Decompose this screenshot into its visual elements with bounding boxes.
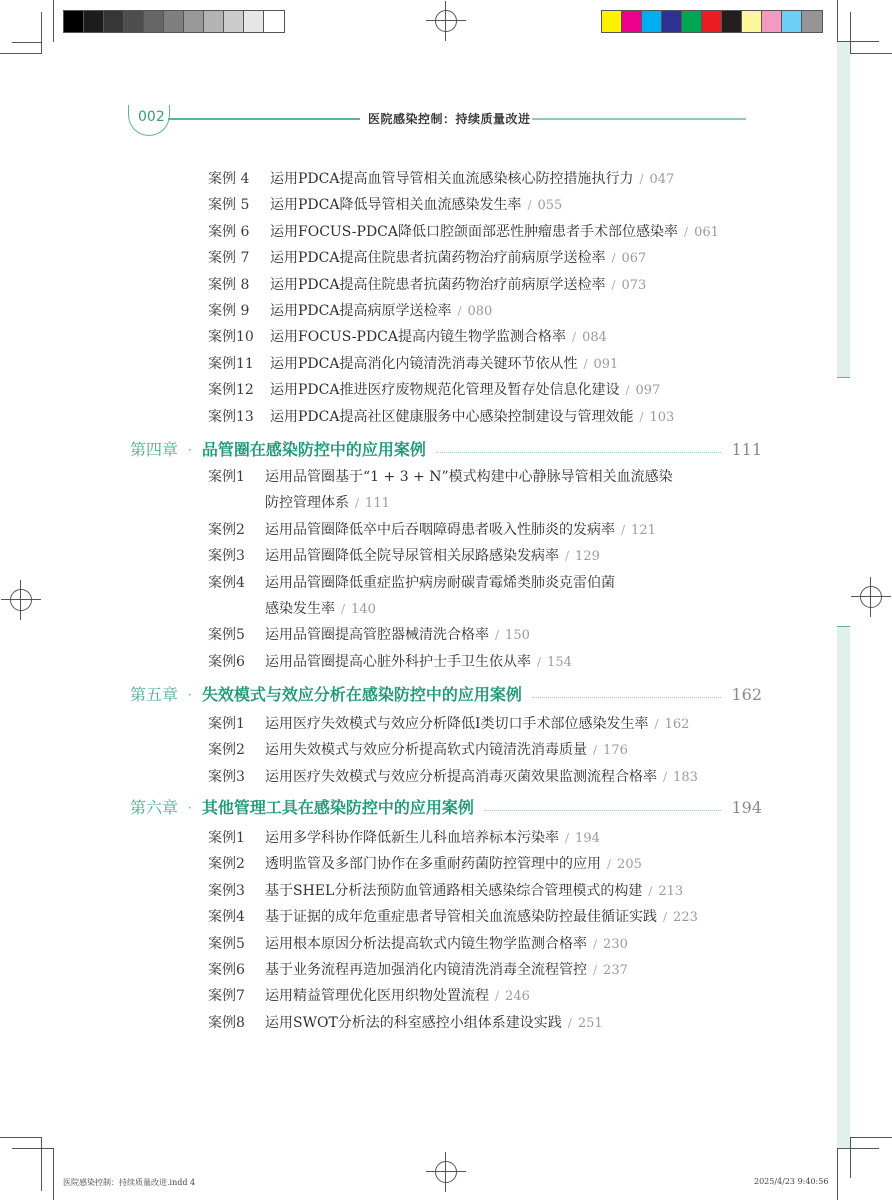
- case-title: 运用失效模式与效应分析提高软式内镜清洗消毒质量: [265, 737, 587, 763]
- case-label: 案例2: [208, 851, 265, 877]
- chapter-heading[interactable]: 第五章·失效模式与效应分析在感染防控中的应用案例162: [130, 682, 762, 708]
- case-page: 154: [547, 655, 572, 670]
- case-page: 091: [594, 357, 619, 372]
- chapter-bullet: ·: [188, 682, 192, 708]
- case-page: 150: [505, 628, 530, 643]
- chapter-number: 第四章: [130, 437, 178, 463]
- toc-entry[interactable]: 案例 5运用PDCA降低导管相关血流感染发生率/055: [208, 192, 562, 219]
- case-page: 121: [631, 523, 656, 538]
- case-page: 230: [603, 937, 628, 952]
- case-page: 080: [468, 304, 493, 319]
- toc-entry-continued[interactable]: 防控管理体系/111: [265, 490, 390, 517]
- color-swatch: [602, 11, 622, 32]
- case-title: 运用品管圈降低卒中后吞咽障碍患者吸入性肺炎的发病率: [265, 517, 615, 543]
- running-header-title: 医院感染控制：持续质量改进: [368, 110, 531, 127]
- toc-entry[interactable]: 案例2运用失效模式与效应分析提高软式内镜清洗消毒质量/176: [208, 737, 628, 764]
- side-tab-strip-upper: [837, 42, 850, 378]
- color-swatch: [244, 11, 264, 32]
- case-label: 案例2: [208, 737, 265, 763]
- slug-timestamp: 2025/4/23 9:40:56: [754, 1177, 828, 1186]
- case-title: 运用PDCA降低导管相关血流感染发生率: [270, 192, 521, 218]
- case-page: 176: [603, 743, 628, 758]
- case-title: 运用PDCA提高消化内镜清洗消毒关键环节依从性: [270, 351, 577, 377]
- page-number: 002: [138, 109, 165, 125]
- gray-calibration-bar: [63, 10, 285, 33]
- case-title-continued: 感染发生率: [265, 596, 335, 622]
- color-swatch: [722, 11, 742, 32]
- color-swatch: [84, 11, 104, 32]
- page-separator: /: [355, 496, 359, 510]
- case-title: 运用PDCA推进医疗废物规范化管理及暂存处信息化建设: [270, 377, 619, 403]
- side-tab-strip-lower: [837, 626, 850, 1148]
- case-title: 基于业务流程再造加强消化内镜清洗消毒全流程管控: [265, 957, 587, 983]
- case-label: 案例1: [208, 825, 265, 851]
- case-title: 运用FOCUS-PDCA提高内镜生物学监测合格率: [270, 324, 566, 350]
- color-swatch: [622, 11, 642, 32]
- chapter-page: 111: [731, 437, 762, 463]
- case-title: 运用PDCA提高社区健康服务中心感染控制建设与管理效能: [270, 404, 633, 430]
- header-rule-right: [532, 118, 746, 120]
- page-separator: /: [457, 304, 461, 318]
- dot-leader: [484, 810, 722, 811]
- color-calibration-bar: [601, 10, 823, 33]
- case-title: 透明监管及多部门协作在多重耐药菌防控管理中的应用: [265, 851, 601, 877]
- toc-entry[interactable]: 案例3基于SHEL分析法预防血管通路相关感染综合管理模式的构建/213: [208, 878, 683, 905]
- page-separator: /: [663, 770, 667, 784]
- page-separator: /: [648, 884, 652, 898]
- case-title: 运用根本原因分析法提高软式内镜生物学监测合格率: [265, 931, 587, 957]
- toc-entry[interactable]: 案例 4运用PDCA提高血管导管相关血流感染核心防控措施执行力/047: [208, 166, 674, 193]
- toc-entry[interactable]: 案例7运用精益管理优化医用织物处置流程/246: [208, 983, 530, 1010]
- toc-entry[interactable]: 案例 8运用PDCA提高住院患者抗菌药物治疗前病原学送检率/073: [208, 272, 646, 299]
- side-tab-cap-lower: [837, 626, 850, 627]
- case-label: 案例3: [208, 543, 265, 569]
- case-page: 097: [636, 383, 661, 398]
- color-swatch: [164, 11, 184, 32]
- page-separator: /: [639, 172, 643, 186]
- color-swatch: [682, 11, 702, 32]
- registration-mark-top: [426, 1, 466, 41]
- page-separator: /: [611, 251, 615, 265]
- case-title: 运用精益管理优化医用织物处置流程: [265, 983, 489, 1009]
- page-separator: /: [593, 743, 597, 757]
- color-swatch: [184, 11, 204, 32]
- toc-entry[interactable]: 案例8运用SWOT分析法的科室感控小组体系建设实践/251: [208, 1010, 603, 1037]
- toc-entry[interactable]: 案例4运用品管圈降低重症监护病房耐碳青霉烯类肺炎克雷伯菌: [208, 570, 615, 596]
- page-separator: /: [572, 330, 576, 344]
- case-page: 103: [650, 410, 675, 425]
- toc-entry[interactable]: 案例2运用品管圈降低卒中后吞咽障碍患者吸入性肺炎的发病率/121: [208, 517, 656, 544]
- case-label: 案例12: [208, 377, 270, 403]
- color-swatch: [124, 11, 144, 32]
- toc-entry[interactable]: 案例2透明监管及多部门协作在多重耐药菌防控管理中的应用/205: [208, 851, 642, 878]
- page-separator: /: [583, 357, 587, 371]
- chapter-number: 第五章: [130, 682, 178, 708]
- page-separator: /: [625, 383, 629, 397]
- case-label: 案例1: [208, 464, 265, 490]
- case-title: 基于SHEL分析法预防血管通路相关感染综合管理模式的构建: [265, 878, 642, 904]
- case-label: 案例 8: [208, 272, 270, 298]
- case-title: 运用PDCA提高血管导管相关血流感染核心防控措施执行力: [270, 166, 633, 192]
- page-separator: /: [684, 225, 688, 239]
- color-swatch: [742, 11, 762, 32]
- dot-leader: [532, 697, 722, 698]
- side-tab-cap-upper: [837, 377, 850, 378]
- case-title: 运用品管圈基于“1 + 3 + N”模式构建中心静脉导管相关血流感染: [265, 464, 673, 490]
- case-page: 067: [622, 251, 647, 266]
- case-page: 073: [622, 278, 647, 293]
- case-label: 案例 5: [208, 192, 270, 218]
- page-separator: /: [621, 523, 625, 537]
- color-swatch: [782, 11, 802, 32]
- case-page: 205: [617, 857, 642, 872]
- case-label: 案例 9: [208, 298, 270, 324]
- case-label: 案例5: [208, 931, 265, 957]
- page-separator: /: [663, 910, 667, 924]
- case-title: 运用品管圈降低全院导尿管相关尿路感染发病率: [265, 543, 559, 569]
- case-label: 案例3: [208, 764, 265, 790]
- page-separator: /: [527, 198, 531, 212]
- case-page: 111: [365, 496, 390, 511]
- color-swatch: [762, 11, 782, 32]
- color-swatch: [264, 11, 284, 32]
- dot-leader: [436, 452, 722, 453]
- case-label: 案例6: [208, 649, 265, 675]
- toc-entry[interactable]: 案例4基于证据的成年危重症患者导管相关血流感染防控最佳循证实践/223: [208, 904, 698, 931]
- chapter-title: 失效模式与效应分析在感染防控中的应用案例: [202, 682, 522, 708]
- case-title-continued: 防控管理体系: [265, 490, 349, 516]
- case-label: 案例1: [208, 711, 265, 737]
- chapter-bullet: ·: [188, 795, 192, 821]
- color-swatch: [802, 11, 822, 32]
- page-separator: /: [565, 549, 569, 563]
- case-title: 运用品管圈提高心脏外科护士手卫生依从率: [265, 649, 531, 675]
- chapter-number: 第六章: [130, 795, 178, 821]
- toc-entry[interactable]: 案例1运用多学科协作降低新生儿科血培养标本污染率/194: [208, 825, 600, 852]
- case-title: 运用多学科协作降低新生儿科血培养标本污染率: [265, 825, 559, 851]
- toc-entry[interactable]: 案例1运用医疗失效模式与效应分析降低Ⅰ类切口手术部位感染发生率/162: [208, 711, 689, 738]
- toc-entry[interactable]: 案例11运用PDCA提高消化内镜清洗消毒关键环节依从性/091: [208, 351, 618, 378]
- case-label: 案例 6: [208, 219, 270, 245]
- page-separator: /: [568, 1016, 572, 1030]
- case-page: 213: [658, 884, 683, 899]
- case-page: 183: [673, 770, 698, 785]
- case-page: 223: [673, 910, 698, 925]
- registration-mark-right: [851, 577, 891, 617]
- case-title: 运用品管圈提高管腔器械清洗合格率: [265, 622, 489, 648]
- page-separator: /: [495, 989, 499, 1003]
- case-label: 案例2: [208, 517, 265, 543]
- case-page: 061: [694, 225, 719, 240]
- case-page: 246: [505, 989, 530, 1004]
- page-separator: /: [611, 278, 615, 292]
- color-swatch: [224, 11, 244, 32]
- case-title: 运用SWOT分析法的科室感控小组体系建设实践: [265, 1010, 562, 1036]
- color-swatch: [144, 11, 164, 32]
- toc-entry[interactable]: 案例 9运用PDCA提高病原学送检率/080: [208, 298, 492, 325]
- toc-entry[interactable]: 案例6运用品管圈提高心脏外科护士手卫生依从率/154: [208, 649, 572, 676]
- case-page: 055: [538, 198, 563, 213]
- case-page: 162: [665, 717, 690, 732]
- case-label: 案例13: [208, 404, 270, 430]
- registration-mark-left: [1, 580, 41, 620]
- case-label: 案例4: [208, 904, 265, 930]
- chapter-page: 194: [731, 795, 762, 821]
- page-separator: /: [607, 857, 611, 871]
- registration-mark-bottom: [426, 1152, 466, 1192]
- case-page: 084: [582, 330, 607, 345]
- case-page: 251: [578, 1016, 603, 1031]
- page-separator: /: [495, 628, 499, 642]
- case-label: 案例11: [208, 351, 270, 377]
- case-page: 237: [603, 963, 628, 978]
- case-title: 运用医疗失效模式与效应分析提高消毒灭菌效果监测流程合格率: [265, 764, 657, 790]
- color-swatch: [642, 11, 662, 32]
- toc-entry[interactable]: 案例12运用PDCA推进医疗废物规范化管理及暂存处信息化建设/097: [208, 377, 660, 404]
- toc-entry[interactable]: 案例10运用FOCUS-PDCA提高内镜生物学监测合格率/084: [208, 324, 607, 351]
- case-title: 运用FOCUS-PDCA降低口腔颌面部恶性肿瘤患者手术部位感染率: [270, 219, 678, 245]
- case-title: 运用医疗失效模式与效应分析降低Ⅰ类切口手术部位感染发生率: [265, 711, 649, 737]
- page-separator: /: [341, 602, 345, 616]
- chapter-page: 162: [731, 682, 762, 708]
- color-swatch: [64, 11, 84, 32]
- chapter-title: 品管圈在感染防控中的应用案例: [202, 437, 426, 463]
- case-label: 案例7: [208, 983, 265, 1009]
- case-label: 案例4: [208, 570, 265, 596]
- color-swatch: [702, 11, 722, 32]
- case-label: 案例 4: [208, 166, 270, 192]
- page-separator: /: [537, 655, 541, 669]
- toc-entry[interactable]: 案例 7运用PDCA提高住院患者抗菌药物治疗前病原学送检率/067: [208, 245, 646, 272]
- page-separator: /: [639, 410, 643, 424]
- header-rule-left: [168, 118, 360, 120]
- case-title: 运用PDCA提高住院患者抗菌药物治疗前病原学送检率: [270, 245, 605, 271]
- color-swatch: [104, 11, 124, 32]
- case-title: 基于证据的成年危重症患者导管相关血流感染防控最佳循证实践: [265, 904, 657, 930]
- case-label: 案例 7: [208, 245, 270, 271]
- toc-entry[interactable]: 案例5运用根本原因分析法提高软式内镜生物学监测合格率/230: [208, 931, 628, 958]
- case-page: 194: [575, 831, 600, 846]
- case-label: 案例8: [208, 1010, 265, 1036]
- color-swatch: [204, 11, 224, 32]
- chapter-bullet: ·: [188, 437, 192, 463]
- chapter-heading[interactable]: 第四章·品管圈在感染防控中的应用案例111: [130, 437, 762, 463]
- page-separator: /: [565, 831, 569, 845]
- toc-entry[interactable]: 案例3运用医疗失效模式与效应分析提高消毒灭菌效果监测流程合格率/183: [208, 764, 698, 791]
- chapter-title: 其他管理工具在感染防控中的应用案例: [202, 795, 474, 821]
- case-title: 运用PDCA提高住院患者抗菌药物治疗前病原学送检率: [270, 272, 605, 298]
- chapter-heading[interactable]: 第六章·其他管理工具在感染防控中的应用案例194: [130, 795, 762, 821]
- page-separator: /: [593, 937, 597, 951]
- case-label: 案例5: [208, 622, 265, 648]
- page-separator: /: [593, 963, 597, 977]
- case-page: 047: [650, 172, 675, 187]
- toc-entry[interactable]: 案例 6运用FOCUS-PDCA降低口腔颌面部恶性肿瘤患者手术部位感染率/061: [208, 219, 719, 246]
- case-label: 案例10: [208, 324, 270, 350]
- toc-entry[interactable]: 案例3运用品管圈降低全院导尿管相关尿路感染发病率/129: [208, 543, 600, 570]
- toc-entry[interactable]: 案例6基于业务流程再造加强消化内镜清洗消毒全流程管控/237: [208, 957, 628, 984]
- case-label: 案例6: [208, 957, 265, 983]
- slug-file-name: 医院感染控制：持续质量改进.indd 4: [63, 1177, 195, 1188]
- toc-entry-continued[interactable]: 感染发生率/140: [265, 596, 376, 623]
- page-separator: /: [655, 717, 659, 731]
- toc-entry[interactable]: 案例1运用品管圈基于“1 + 3 + N”模式构建中心静脉导管相关血流感染: [208, 464, 673, 490]
- toc-entry[interactable]: 案例13运用PDCA提高社区健康服务中心感染控制建设与管理效能/103: [208, 404, 674, 431]
- toc-entry[interactable]: 案例5运用品管圈提高管腔器械清洗合格率/150: [208, 622, 530, 649]
- color-swatch: [662, 11, 682, 32]
- case-title: 运用品管圈降低重症监护病房耐碳青霉烯类肺炎克雷伯菌: [265, 570, 615, 596]
- case-title: 运用PDCA提高病原学送检率: [270, 298, 451, 324]
- case-page: 129: [575, 549, 600, 564]
- case-label: 案例3: [208, 878, 265, 904]
- case-page: 140: [351, 602, 376, 617]
